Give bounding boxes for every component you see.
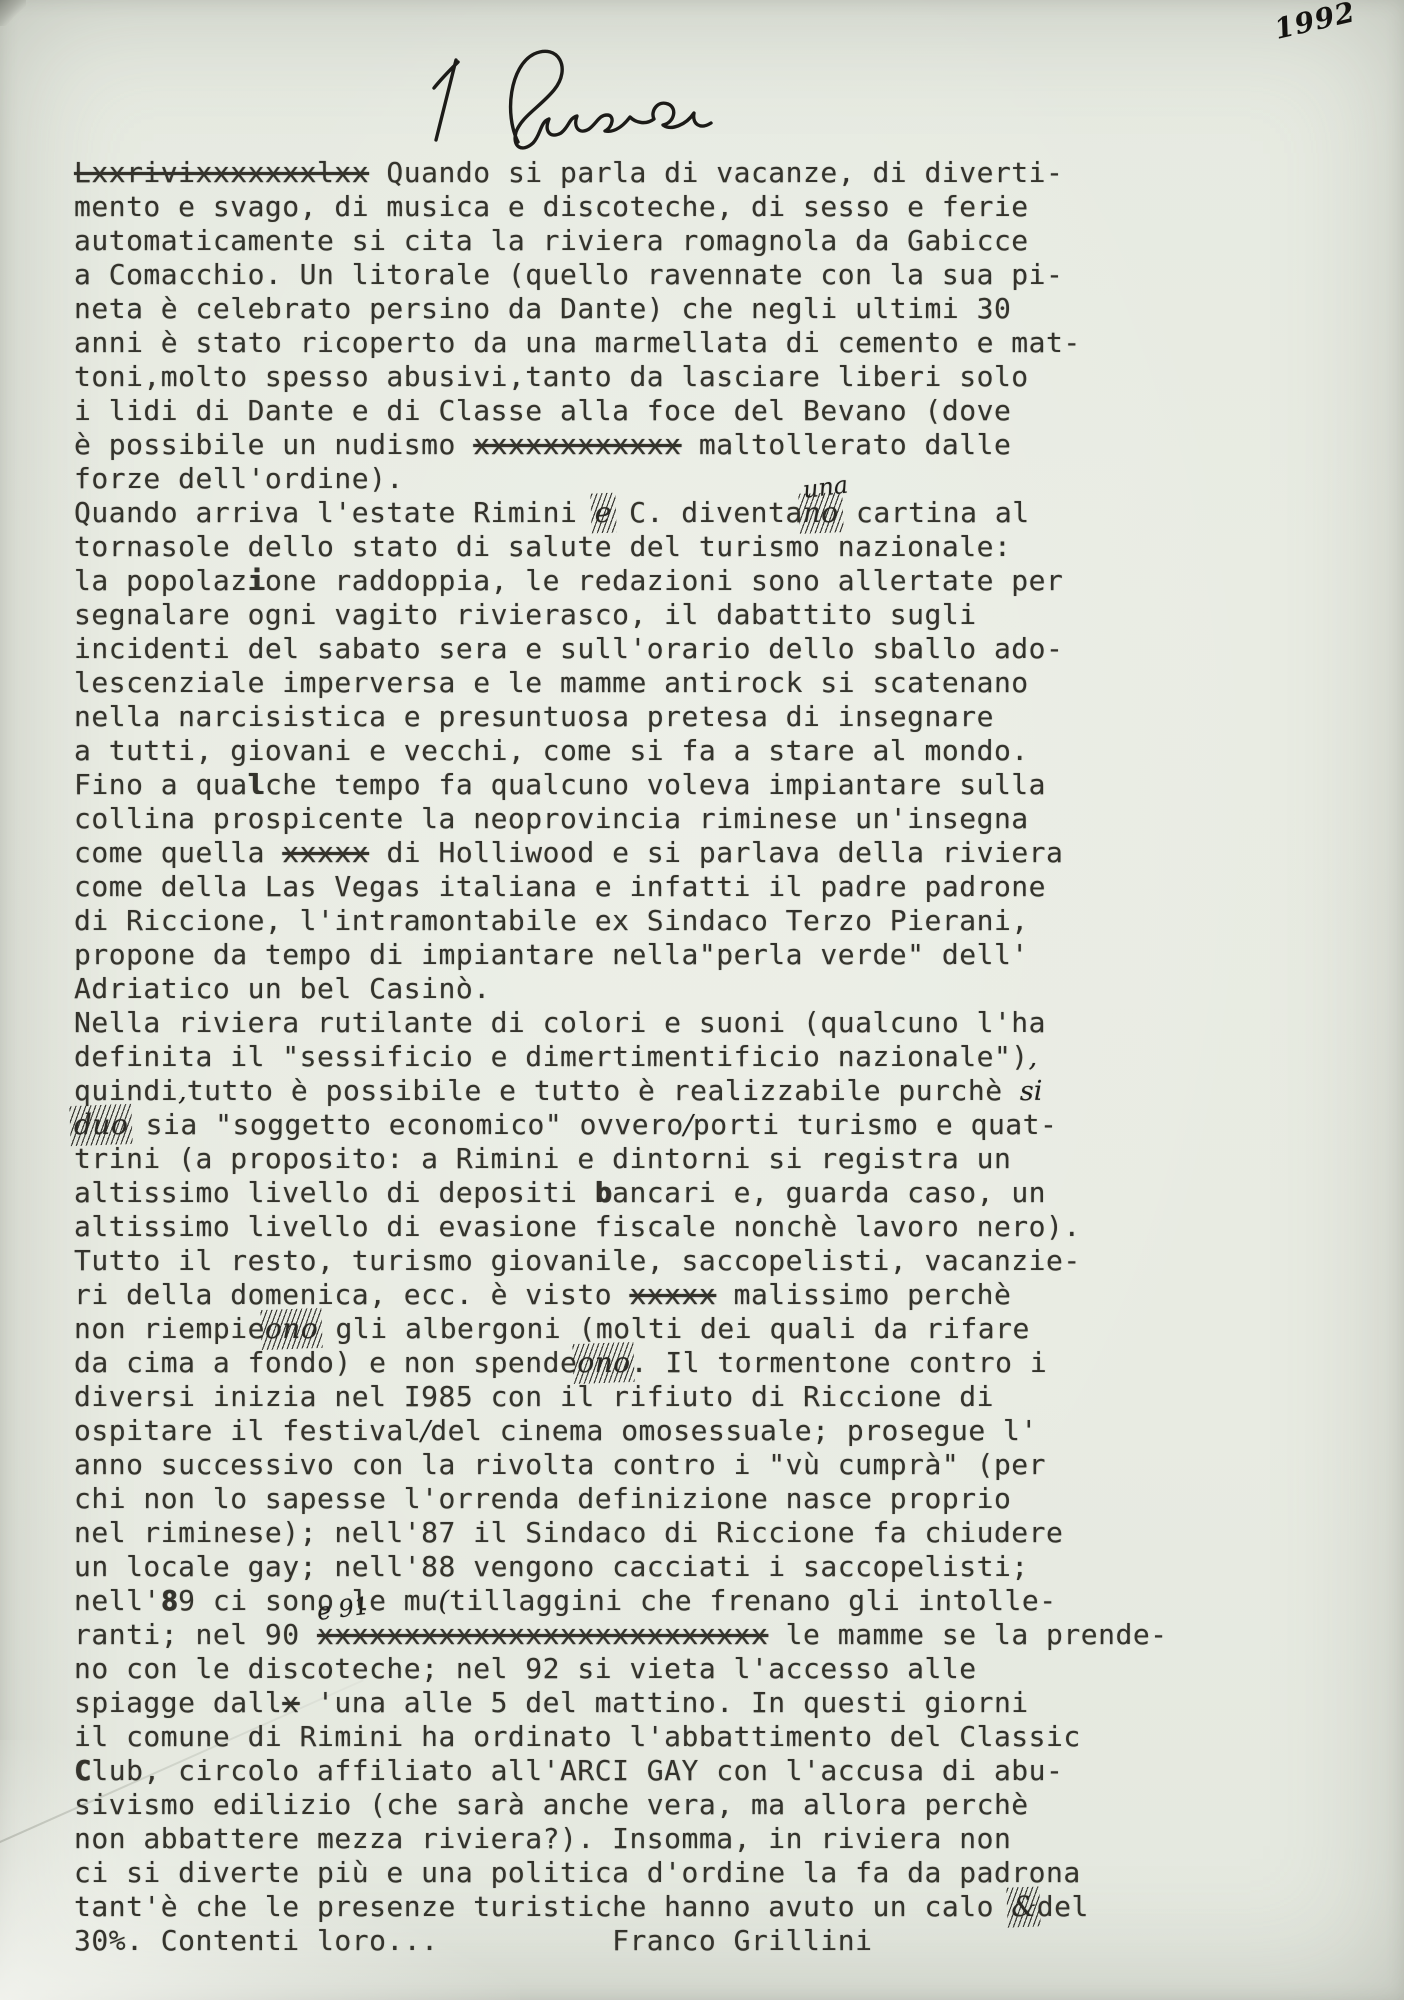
typed-text: nell' (74, 1584, 161, 1617)
typed-text: porti turismo e quat- (693, 1108, 1058, 1141)
typed-line: diversi inizia nel I985 con il rifiuto d… (74, 1380, 1334, 1414)
typed-line: la popolazione raddoppia, le redazioni s… (74, 564, 1334, 598)
typed-text: lescenziale imperversa e le mamme antiro… (74, 666, 1029, 699)
typewritten-text-block: Lxxrivixxxxxxxlxx Quando si parla di vac… (74, 156, 1334, 1958)
typed-line: ci si diverte più e una politica d'ordin… (74, 1856, 1334, 1890)
typed-text: one raddoppia, le redazioni sono allerta… (265, 564, 1063, 597)
typed-text: neta è celebrato persino da Dante) che n… (74, 292, 1011, 325)
typed-text: no con le discoteche; nel 92 si vieta l'… (74, 1652, 977, 1685)
typed-text: le mamme se la prende- (768, 1618, 1167, 1651)
typed-line: Quando arriva l'estate Rimini e C. diven… (74, 496, 1334, 530)
typed-text: da cima a fondo) e non spende (74, 1346, 577, 1379)
typed-text: tutto è possibile e tutto è realizzabile… (187, 1074, 1020, 1107)
typed-line: Fino a qualche tempo fa qualcuno voleva … (74, 768, 1334, 802)
typed-line: da cima a fondo) e non spendeono. Il tor… (74, 1346, 1334, 1380)
typed-text: tant'è che le presenze turistiche hanno … (74, 1890, 1011, 1923)
typed-line: forze dell'ordine). (74, 462, 1334, 496)
overtyped-char: i (248, 564, 265, 597)
typed-line: i lidi di Dante e di Classe alla foce de… (74, 394, 1334, 428)
typed-text: a tutti, giovani e vecchi, come si fa a … (74, 734, 1029, 767)
handwritten-mark: si (1020, 1076, 1043, 1107)
typed-line: non abbattere mezza riviera?). Insomma, … (74, 1822, 1334, 1856)
typed-line: altissimo livello di evasione fiscale no… (74, 1210, 1334, 1244)
typed-text: altissimo livello di depositi (74, 1176, 595, 1209)
typed-text: di Riccione, l'intramontabile ex Sindaco… (74, 904, 1029, 937)
typed-text: Quando si parla di vacanze, di diverti- (369, 156, 1063, 189)
typed-text: segnalare ogni vagito rivierasco, il dab… (74, 598, 977, 631)
typed-line: è possibile un nudismo xxxxxxxxxxxx malt… (74, 428, 1334, 462)
scribble-correction: ono (577, 1346, 630, 1380)
typed-text: Tutto il resto, turismo giovanile, sacco… (74, 1244, 1081, 1277)
handwritten-mark: / (421, 1416, 430, 1447)
typed-text: come quella (74, 836, 282, 869)
typed-text: anno successivo con la rivolta contro i … (74, 1448, 1046, 1481)
typed-x-strikeout: xxxxx (629, 1278, 716, 1311)
typed-text: diversi inizia nel I985 con il rifiuto d… (74, 1380, 994, 1413)
handwritten-mark: , (1029, 1042, 1038, 1073)
typed-line: lescenziale imperversa e le mamme antiro… (74, 666, 1334, 700)
typed-text: è possibile un nudismo (74, 428, 473, 461)
typed-line: a tutti, giovani e vecchi, come si fa a … (74, 734, 1334, 768)
typed-text: Fino a qua (74, 768, 248, 801)
typed-text: del cinema omosessuale; prosegue l' (430, 1414, 1038, 1447)
typed-x-strikeout: Lxxrivixxxxxxxlxx (74, 156, 369, 189)
typed-text: Quando arriva l'estate Rimini (74, 496, 595, 529)
typed-line: trini (a proposito: a Rimini e dintorni … (74, 1142, 1334, 1176)
typed-line: nel riminese); nell'87 il Sindaco di Ric… (74, 1516, 1334, 1550)
typed-text: altissimo livello di evasione fiscale no… (74, 1210, 1081, 1243)
typed-text: chi non lo sapesse l'orrenda definizione… (74, 1482, 1011, 1515)
typed-text: nella narcisistica e presuntuosa pretesa… (74, 700, 994, 733)
typed-x-strikeout: xxxxx (282, 836, 369, 869)
typed-text: gli albergoni (molti dei quali da rifare (318, 1312, 1030, 1345)
typed-text: a Comacchio. Un litorale (quello ravenna… (74, 258, 1063, 291)
typed-text: la popolaz (74, 564, 248, 597)
typed-text: C. diventa (612, 496, 803, 529)
scribble-correction: duo (74, 1108, 128, 1142)
handwritten-mark: ( (439, 1586, 450, 1617)
typed-line: sivismo edilizio (che sarà anche vera, m… (74, 1788, 1334, 1822)
typed-text: toni,molto spesso abusivi,tanto da lasci… (74, 360, 1029, 393)
typed-text: maltollerato dalle (682, 428, 1012, 461)
typed-text: cartina al (839, 496, 1030, 529)
typed-text: nel riminese); nell'87 il Sindaco di Ric… (74, 1516, 1063, 1549)
typed-line: duo sia "soggetto economico" ovvero/port… (74, 1108, 1334, 1142)
overtyped-char: C (74, 1754, 91, 1787)
typed-line: di Riccione, l'intramontabile ex Sindaco… (74, 904, 1334, 938)
typed-text: ri della domenica, ecc. è visto (74, 1278, 629, 1311)
typed-text: . Il tormentone contro i (631, 1346, 1048, 1379)
typed-line: quindi,tutto è possibile e tutto è reali… (74, 1074, 1334, 1108)
typed-text: spiagge dall (74, 1686, 282, 1719)
typed-text: come della Las Vegas italiana e infatti … (74, 870, 1046, 903)
typed-line: nella narcisistica e presuntuosa pretesa… (74, 700, 1334, 734)
typed-line: chi non lo sapesse l'orrenda definizione… (74, 1482, 1334, 1516)
handwritten-mark: , (178, 1076, 187, 1107)
handwritten-signature-scrawl (400, 26, 750, 176)
typed-text: del (1037, 1890, 1089, 1923)
typed-line: collina prospicente la neoprovincia rimi… (74, 802, 1334, 836)
typed-line: tornasole dello stato di salute del turi… (74, 530, 1334, 564)
typed-text: forze dell'ordine). (74, 462, 404, 495)
typed-text: quindi (74, 1074, 178, 1107)
scribble-correction: no (803, 496, 839, 530)
typed-line: definita il "sessificio e dimertimentifi… (74, 1040, 1334, 1074)
typed-line: un locale gay; nell'88 vengono cacciati … (74, 1550, 1334, 1584)
typed-line: Nella riviera rutilante di colori e suon… (74, 1006, 1334, 1040)
typed-text: ranti; nel 90 (74, 1618, 317, 1651)
typed-line: Lxxrivixxxxxxxlxx Quando si parla di vac… (74, 156, 1334, 190)
typed-text: 'una alle 5 del mattino. In questi giorn… (300, 1686, 1029, 1719)
typed-text: collina prospicente la neoprovincia rimi… (74, 802, 1029, 835)
typed-text: tornasole dello stato di salute del turi… (74, 530, 1011, 563)
typed-line: come della Las Vegas italiana e infatti … (74, 870, 1334, 904)
typed-line: ri della domenica, ecc. è visto xxxxx ma… (74, 1278, 1334, 1312)
typed-text: propone da tempo di impiantare nella"per… (74, 938, 1029, 971)
typed-text: un locale gay; nell'88 vengono cacciati … (74, 1550, 1029, 1583)
typed-text: anni è stato ricoperto da una marmellata… (74, 326, 1081, 359)
typed-line: segnalare ogni vagito rivierasco, il dab… (74, 598, 1334, 632)
typed-text: tillaggini che frenano gli intolle- (449, 1584, 1057, 1617)
typed-text: 9 ci sono le mu (178, 1584, 438, 1617)
typed-text: lub, circolo affiliato all'ARCI GAY con … (91, 1754, 1063, 1787)
typed-text: i lidi di Dante e di Classe alla foce de… (74, 394, 1011, 427)
typed-line: nell'89 ci sono le mu(tillaggini che fre… (74, 1584, 1334, 1618)
typed-text: Adriatico un bel Casinò. (74, 972, 491, 1005)
typed-line: propone da tempo di impiantare nella"per… (74, 938, 1334, 972)
typed-text: incidenti del sabato sera e sull'orario … (74, 632, 1063, 665)
typed-text: non abbattere mezza riviera?). Insomma, … (74, 1822, 1011, 1855)
typed-text: automaticamente si cita la riviera romag… (74, 224, 1029, 257)
typed-line: a Comacchio. Un litorale (quello ravenna… (74, 258, 1334, 292)
typed-line: anni è stato ricoperto da una marmellata… (74, 326, 1334, 360)
scanned-paper-page: 1992 Lxxrivixxxxxxxlxx Quando si parla d… (0, 0, 1404, 2000)
handwritten-year-annotation: 1992 (1271, 0, 1358, 46)
typed-line: incidenti del sabato sera e sull'orario … (74, 632, 1334, 666)
typed-text: ancari e, guarda caso, un (612, 1176, 1046, 1209)
scan-corner-shadow (0, 0, 26, 26)
typed-line: mento e svago, di musica e discoteche, d… (74, 190, 1334, 224)
typed-text: ospitare il festival (74, 1414, 421, 1447)
typed-text: di Holliwood e si parlava della riviera (369, 836, 1063, 869)
typed-x-strikeout: xxxxxxxxxxxxxxxxxxxxxxxxxx (317, 1618, 768, 1651)
typed-line: no con le discoteche; nel 92 si vieta l'… (74, 1652, 1334, 1686)
scribble-correction: & (1011, 1890, 1036, 1924)
typed-line: automaticamente si cita la riviera romag… (74, 224, 1334, 258)
handwritten-mark: / (684, 1110, 693, 1141)
typed-line: come quella xxxxx di Holliwood e si parl… (74, 836, 1334, 870)
typed-text: malissimo perchè (716, 1278, 1011, 1311)
typed-text: sia "soggetto economico" ovvero (128, 1108, 683, 1141)
typed-line: Adriatico un bel Casinò. (74, 972, 1334, 1006)
typed-text: non riempie (74, 1312, 265, 1345)
typed-line: Club, circolo affiliato all'ARCI GAY con… (74, 1754, 1334, 1788)
typed-text: definita il "sessificio e dimertimentifi… (74, 1040, 1029, 1073)
typed-text: trini (a proposito: a Rimini e dintorni … (74, 1142, 1011, 1175)
typed-line: non riempieono gli albergoni (molti dei … (74, 1312, 1334, 1346)
scribble-correction: e (595, 496, 612, 530)
typed-text: che tempo fa qualcuno voleva impiantare … (265, 768, 1046, 801)
typed-text: 30%. Contenti loro... Franco Grillini (74, 1924, 872, 1957)
typed-text: sivismo edilizio (che sarà anche vera, m… (74, 1788, 1029, 1821)
typed-line: tant'è che le presenze turistiche hanno … (74, 1890, 1334, 1924)
typed-line: altissimo livello di depositi bancari e,… (74, 1176, 1334, 1210)
overtyped-char: 8 (161, 1584, 178, 1617)
typed-text: il comune di Rimini ha ordinato l'abbatt… (74, 1720, 1081, 1753)
scribble-correction: ono (265, 1312, 318, 1346)
typed-line: toni,molto spesso abusivi,tanto da lasci… (74, 360, 1334, 394)
typed-x-strikeout: x (282, 1686, 299, 1719)
overtyped-char: l (248, 768, 265, 801)
typed-line: neta è celebrato persino da Dante) che n… (74, 292, 1334, 326)
overtyped-char: b (595, 1176, 612, 1209)
typed-text: ci si diverte più e una politica d'ordin… (74, 1856, 1081, 1889)
typed-text: Nella riviera rutilante di colori e suon… (74, 1006, 1046, 1039)
typed-line: Tutto il resto, turismo giovanile, sacco… (74, 1244, 1334, 1278)
typed-line: 30%. Contenti loro... Franco Grillini (74, 1924, 1334, 1958)
typed-line: spiagge dallx 'una alle 5 del mattino. I… (74, 1686, 1334, 1720)
typed-line: ospitare il festival/del cinema omosessu… (74, 1414, 1334, 1448)
typed-text: mento e svago, di musica e discoteche, d… (74, 190, 1029, 223)
typed-line: il comune di Rimini ha ordinato l'abbatt… (74, 1720, 1334, 1754)
typed-line: anno successivo con la rivolta contro i … (74, 1448, 1334, 1482)
typed-x-strikeout: xxxxxxxxxxxx (473, 428, 681, 461)
typed-line: ranti; nel 90 e 91xxxxxxxxxxxxxxxxxxxxxx… (74, 1618, 1334, 1652)
